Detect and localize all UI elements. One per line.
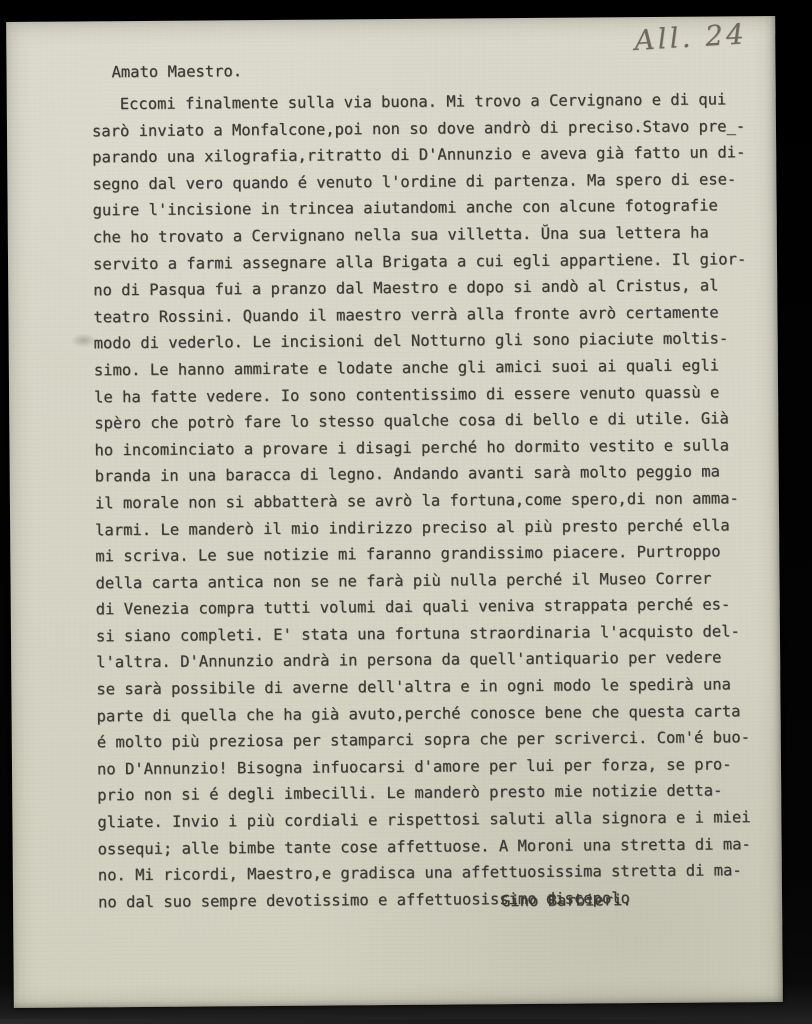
scanner-bed-edge [0,1019,812,1024]
archival-number-annotation: All. 24 [633,17,747,57]
letter-signature: Gino Barbieri. [501,891,632,910]
letter-page: All. 24 Amato Maestro. Eccomi finalmente… [6,16,783,1008]
letter-body: Eccomi finalmente sulla via buona. Mi tr… [92,86,752,916]
letter-salutation: Amato Maestro. [111,62,242,81]
